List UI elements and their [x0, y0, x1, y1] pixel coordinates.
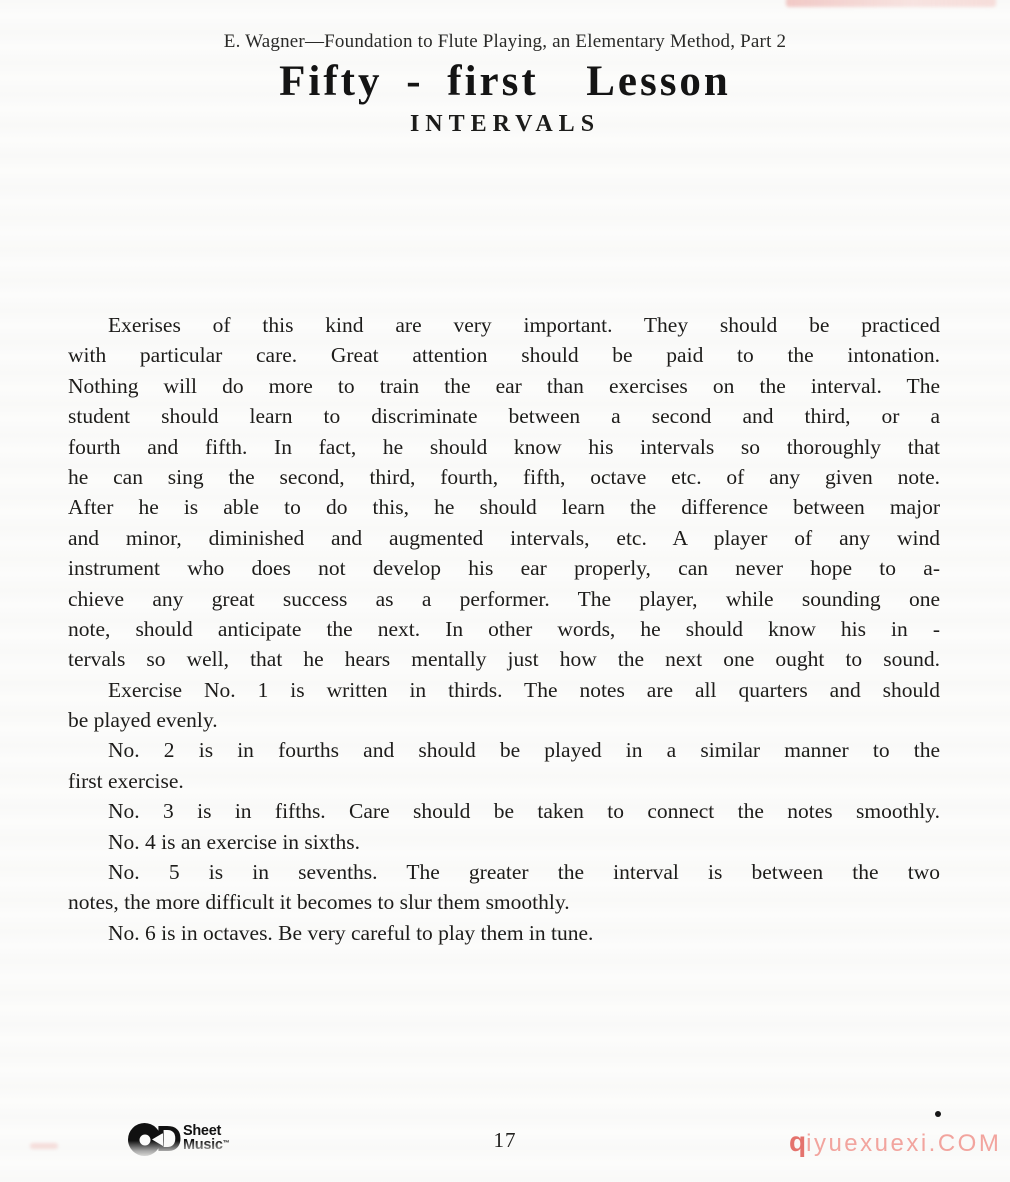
- text-line: fourth and fifth. In fact, he should kno…: [68, 432, 940, 462]
- text-line: No. 4 is an exercise in sixths.: [68, 827, 940, 857]
- text-line: chieve any great success as a performer.…: [68, 584, 940, 614]
- text-line: with particular care. Great attention sh…: [68, 340, 940, 370]
- text-line: and minor, diminished and augmented inte…: [68, 523, 940, 553]
- text-line: tervals so well, that he hears mentally …: [68, 644, 940, 674]
- text-line: he can sing the second, third, fourth, f…: [68, 462, 940, 492]
- text-line: No. 3 is in fifths. Care should be taken…: [68, 796, 940, 826]
- text-line: instrument who does not develop his ear …: [68, 553, 940, 583]
- text-line: No. 5 is in sevenths. The greater the in…: [68, 857, 940, 887]
- text-line: No. 2 is in fourths and should be played…: [68, 735, 940, 765]
- scanned-document-page: E. Wagner—Foundation to Flute Playing, a…: [0, 0, 1010, 1182]
- text-line: Exercise No. 1 is written in thirds. The…: [68, 675, 940, 705]
- text-line: note, should anticipate the next. In oth…: [68, 614, 940, 644]
- text-line: first exercise.: [68, 766, 940, 796]
- body-text: Exerises of this kind are very important…: [68, 310, 940, 948]
- lesson-title: Fifty - first Lesson: [0, 57, 1010, 106]
- text-line: student should learn to discriminate bet…: [68, 401, 940, 431]
- top-right-watermark-smudge: [786, 0, 996, 7]
- site-watermark: qiyuexuexi.COM: [789, 1126, 1001, 1158]
- watermark-lead: q: [789, 1126, 806, 1157]
- text-line: No. 6 is in octaves. Be very careful to …: [68, 918, 940, 948]
- watermark-rest: iyuexuexi.COM: [806, 1130, 1001, 1157]
- text-line: After he is able to do this, he should l…: [68, 492, 940, 522]
- lesson-subtitle: INTERVALS: [0, 111, 1010, 138]
- text-line: Exerises of this kind are very important…: [68, 310, 940, 340]
- text-line: Nothing will do more to train the ear th…: [68, 371, 940, 401]
- text-line: be played evenly.: [68, 705, 940, 735]
- text-line: notes, the more difficult it becomes to …: [68, 887, 940, 917]
- bottom-left-smudge: [30, 1143, 58, 1149]
- header-citation: E. Wagner—Foundation to Flute Playing, a…: [0, 31, 1010, 53]
- ink-dot: [935, 1111, 941, 1117]
